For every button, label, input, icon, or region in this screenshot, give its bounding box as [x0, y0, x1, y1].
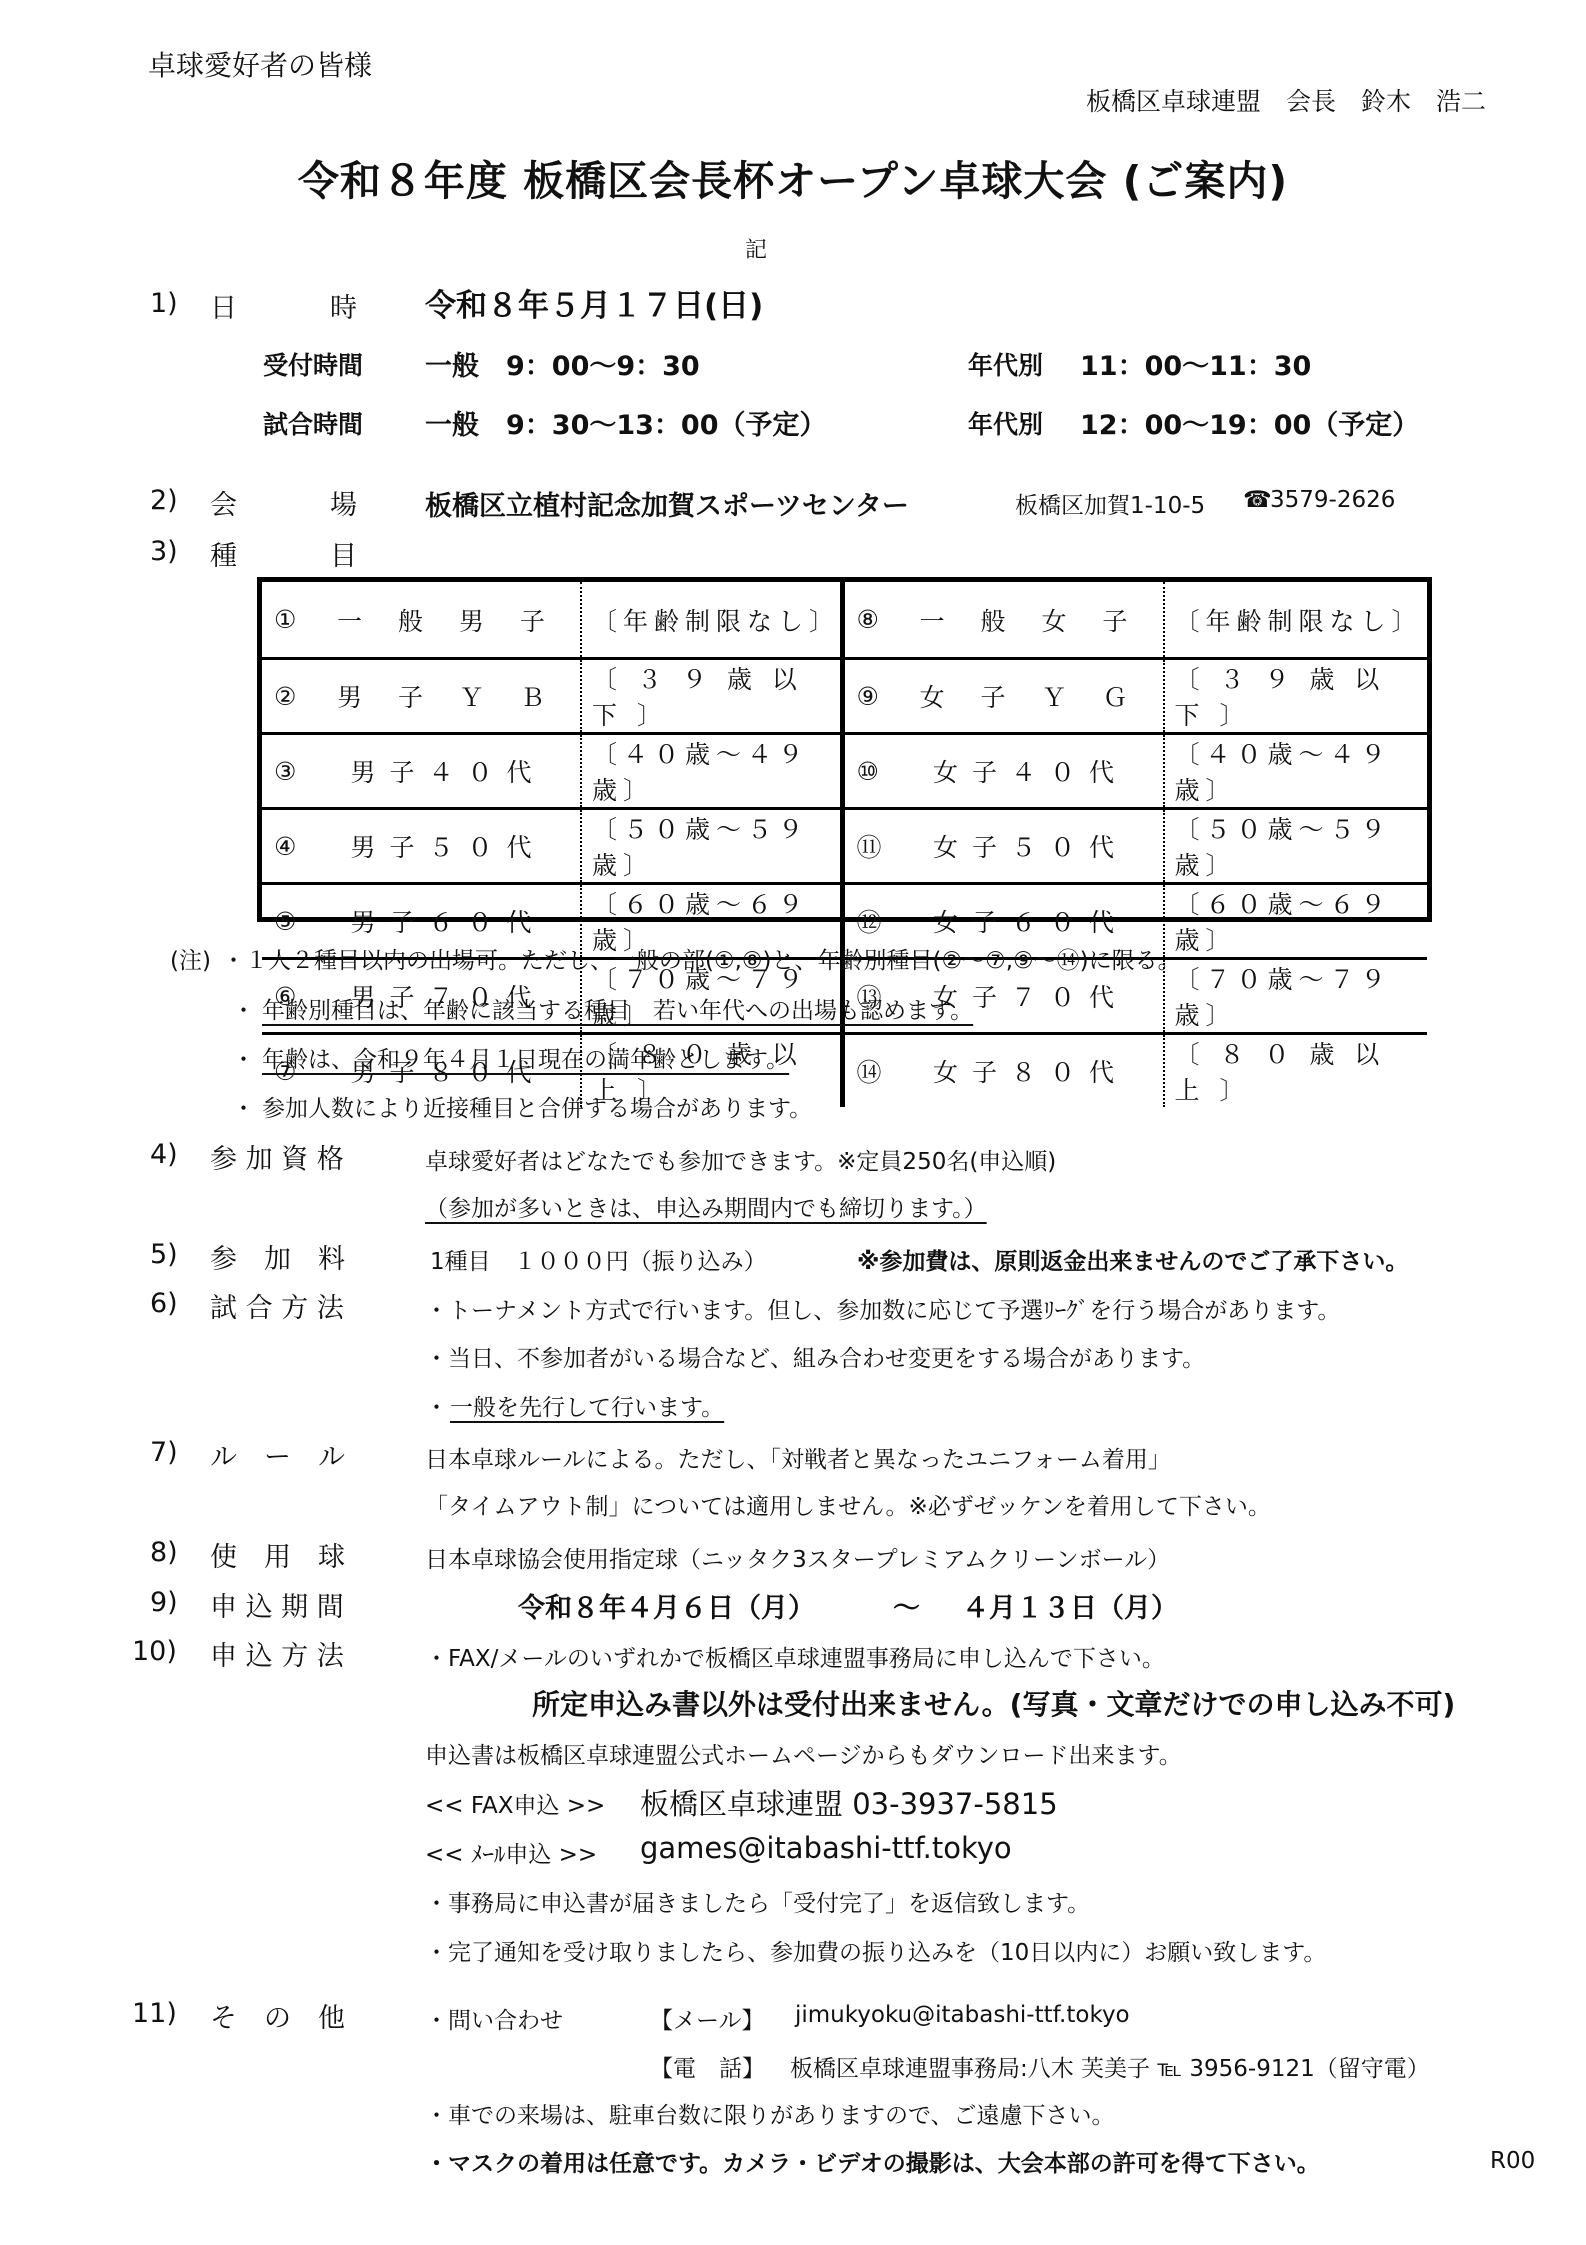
match-general: 一般 9：30～13：00（予定）: [425, 403, 827, 442]
period-start: 令和８年４月６日（月）: [518, 1586, 815, 1625]
event-age: 〔５０歳～５９歳〕: [1165, 810, 1428, 882]
event-age: 〔年齢制限なし〕: [1165, 582, 1428, 657]
event-number: ⑩: [857, 757, 905, 786]
event-number: ④: [274, 832, 322, 861]
parking-note: 車での来場は、駐車台数に限りがありますので、ご遠慮下さい。: [425, 2097, 1115, 2130]
fax-number: 板橋区卓球連盟 03-3937-5815: [640, 1782, 1058, 1823]
section-number: 7): [150, 1437, 178, 1468]
reception-age: 11：00～11：30: [1080, 344, 1311, 383]
event-name: 女 子 Ｙ Ｇ: [905, 678, 1163, 714]
section-number: 1): [150, 288, 178, 319]
ball-text: 日本卓球協会使用指定球（ニッタク3スタープレミアムクリーンボール）: [425, 1541, 1170, 1574]
table-row: ⑪女子５０代〔５０歳～５９歳〕: [845, 807, 1428, 882]
section-label: そ の 他: [210, 1996, 345, 2035]
fee-text: 1種目 １０００円（振り込み）: [430, 1243, 767, 1276]
note-bullet: ・: [232, 1090, 255, 1123]
application-bullet: 完了通知を受け取りましたら、参加費の振り込みを（10日以内に）お願い致します。: [425, 1934, 1326, 1967]
section-label: 日: [210, 286, 237, 325]
table-row: ⑧一 般 女 子〔年齢制限なし〕: [845, 582, 1428, 657]
application-method-text: FAX/メールのいずれかで板橋区卓球連盟事務局に申し込んで下さい。: [425, 1640, 1165, 1673]
note-item: 年齢は、令和９年４月１日現在の満年齢とします。: [262, 1041, 789, 1074]
inquiry-label: 問い合わせ: [425, 2002, 563, 2035]
revision-code: R00: [1490, 2148, 1535, 2174]
table-row: ④男子５０代〔５０歳～５９歳〕: [262, 807, 840, 882]
note-item: １人２種目以内の出場可。ただし、一般の部(①,⑧)と、年齢別種目(②～⑦,⑨～⑭…: [222, 942, 1181, 975]
table-row: ①一 般 男 子〔年齢制限なし〕: [262, 582, 840, 657]
event-age: 〔４０歳～４９歳〕: [1165, 735, 1428, 807]
reception-general: 一般 9：00～9：30: [425, 344, 700, 383]
eligibility-text: 卓球愛好者はどなたでも参加できます。※定員250名(申込順): [425, 1143, 1056, 1176]
section-label: 種: [210, 534, 237, 573]
match-method-item: 一般を先行して行います。: [450, 1389, 724, 1422]
event-name: 女子４０代: [905, 753, 1163, 789]
event-age: 〔 ３ ９ 歳 以 下 〕: [1165, 660, 1428, 732]
note-item: 参加人数により近接種目と合併する場合があります。: [262, 1090, 812, 1123]
inquiry-tel-label: 【電 話】: [650, 2050, 765, 2083]
fee-warning: ※参加費は、原則返金出来ませんのでご了承下さい。: [857, 1243, 1408, 1276]
sender: 板橋区卓球連盟 会長 鈴木 浩二: [1086, 82, 1486, 118]
section-label: 目: [330, 534, 357, 573]
section-label: 会: [210, 483, 237, 522]
notes-prefix: (注): [170, 942, 211, 975]
rules-text: 日本卓球ルールによる。ただし、「対戦者と異なったユニフォーム着用」: [425, 1441, 1171, 1474]
section-number: 4): [150, 1139, 178, 1170]
section-label: 場: [330, 483, 357, 522]
mask-note: マスクの着用は任意です。カメラ・ビデオの撮影は、大会本部の許可を得て下さい。: [425, 2145, 1320, 2178]
section-number: 6): [150, 1288, 178, 1319]
section-label: 使 用 球: [210, 1535, 345, 1574]
event-number: ⑪: [857, 828, 905, 864]
download-text: 申込書は板橋区卓球連盟公式ホームページからもダウンロード出来ます。: [425, 1737, 1182, 1770]
match-method-item: 当日、不参加者がいる場合など、組み合わせ変更をする場合があります。: [425, 1340, 1205, 1373]
venue-phone: 3579-2626: [1270, 487, 1395, 513]
reception-age-label: 年代別: [968, 346, 1043, 382]
event-age: 〔 ８ ０ 歳 以 上 〕: [1165, 1035, 1428, 1107]
note-bullet: ・: [232, 1041, 255, 1074]
event-age: 〔６０歳～６９歳〕: [1165, 885, 1428, 957]
section-label: 試 合 方 法: [210, 1286, 344, 1325]
section-number: 5): [150, 1239, 178, 1270]
rules-text: 「タイムアウト制」については適用しません。※必ずゼッケンを着用して下さい。: [425, 1488, 1271, 1521]
event-number: ⑤: [274, 907, 322, 936]
table-row: ③男子４０代〔４０歳～４９歳〕: [262, 732, 840, 807]
application-bullet: 事務局に申込書が届きましたら「受付完了」を返信致します。: [425, 1885, 1090, 1918]
mail-address[interactable]: games@itabashi-ttf.tokyo: [640, 1831, 1012, 1865]
section-number: 8): [150, 1537, 178, 1568]
phone-icon: ☎: [1243, 487, 1272, 513]
event-age: 〔 ３ ９ 歳 以 下 〕: [582, 660, 840, 732]
venue-name: 板橋区立植村記念加賀スポーツセンター: [425, 484, 909, 523]
table-row: ⑩女子４０代〔４０歳～４９歳〕: [845, 732, 1428, 807]
event-age: 〔７０歳～７９歳〕: [1165, 960, 1428, 1032]
event-number: ⑨: [857, 682, 905, 711]
period-end: ４月１３日（月）: [962, 1586, 1178, 1625]
period-separator: ～: [893, 1586, 920, 1625]
inquiry-mail-label: 【メール】: [650, 2002, 765, 2035]
match-label: 試合時間: [263, 405, 363, 441]
event-age: 〔年齢制限なし〕: [582, 582, 840, 657]
event-age: 〔４０歳～４９歳〕: [582, 735, 840, 807]
event-name: 男子６０代: [322, 903, 580, 939]
section-label: ル ー ル: [210, 1435, 345, 1474]
inquiry-mail[interactable]: jimukyoku@itabashi-ttf.tokyo: [795, 2002, 1130, 2028]
events-men: ①一 般 男 子〔年齢制限なし〕 ②男 子 Ｙ Ｂ〔 ３ ９ 歳 以 下 〕 ③…: [262, 582, 845, 1107]
note-bullet: ・: [232, 992, 255, 1025]
event-age: 〔５０歳～５９歳〕: [582, 810, 840, 882]
page-title: 令和８年度 板橋区会長杯オープン卓球大会 (ご案内): [0, 148, 1586, 207]
fax-label: << FAX申込 >>: [425, 1787, 605, 1820]
eligibility-note: （参加が多いときは、申込み期間内でも締切ります。）: [425, 1190, 987, 1223]
greeting: 卓球愛好者の皆様: [148, 44, 372, 84]
event-name: 一 般 女 子: [905, 602, 1163, 638]
inquiry-tel: 板橋区卓球連盟事務局:八木 芙美子 ℡ 3956-9121（留守電）: [790, 2050, 1430, 2083]
venue-address: 板橋区加賀1-10-5: [1015, 487, 1205, 520]
event-number: ⑭: [857, 1053, 905, 1089]
event-name: 女子８０代: [905, 1053, 1163, 1089]
event-number: ⑧: [857, 605, 905, 634]
event-name: 女子５０代: [905, 828, 1163, 864]
mail-label: << ﾒｰﾙ申込 >>: [425, 1836, 597, 1869]
section-label: 申 込 期 間: [210, 1585, 344, 1624]
table-row: ⑭女子８０代〔 ８ ０ 歳 以 上 〕: [845, 1032, 1428, 1107]
match-age: 12：00～19：00（予定）: [1080, 403, 1419, 442]
section-label: 参 加 資 格: [210, 1137, 344, 1176]
application-warning: 所定申込み書以外は受付出来ません。(写真・文章だけでの申し込み不可): [532, 1683, 1455, 1723]
ki-mark: 記: [0, 233, 1512, 264]
match-age-label: 年代別: [968, 405, 1043, 441]
section-number: 3): [150, 536, 178, 567]
section-number: 2): [150, 485, 178, 516]
section-label: 時: [330, 286, 357, 325]
event-number: ②: [274, 682, 322, 711]
match-method-item: トーナメント方式で行います。但し、参加数に応じて予選ﾘｰｸﾞを行う場合があります…: [425, 1292, 1340, 1325]
event-number: ③: [274, 757, 322, 786]
section-number: 11): [132, 1998, 177, 2029]
event-name: 女子６０代: [905, 903, 1163, 939]
section-label: 申 込 方 法: [210, 1634, 344, 1673]
event-name: 男子５０代: [322, 828, 580, 864]
event-date: 令和８年５月１７日(日): [425, 280, 763, 325]
event-name: 一 般 男 子: [322, 602, 580, 638]
table-row: ②男 子 Ｙ Ｂ〔 ３ ９ 歳 以 下 〕: [262, 657, 840, 732]
note-item: 年齢別種目は、年齢に該当する種目 若い年代への出場も認めます。: [262, 992, 973, 1025]
section-number: 9): [150, 1587, 178, 1618]
event-number: ⑫: [857, 903, 905, 939]
section-number: 10): [132, 1636, 177, 1667]
events-table: ①一 般 男 子〔年齢制限なし〕 ②男 子 Ｙ Ｂ〔 ３ ９ 歳 以 下 〕 ③…: [257, 577, 1432, 922]
events-women: ⑧一 般 女 子〔年齢制限なし〕 ⑨女 子 Ｙ Ｇ〔 ３ ９ 歳 以 下 〕 ⑩…: [845, 582, 1428, 1107]
table-row: ⑨女 子 Ｙ Ｇ〔 ３ ９ 歳 以 下 〕: [845, 657, 1428, 732]
event-name: 男子４０代: [322, 753, 580, 789]
section-label: 参 加 料: [210, 1237, 345, 1276]
event-number: ①: [274, 605, 322, 634]
reception-label: 受付時間: [263, 346, 363, 382]
bullet: ・: [425, 1389, 448, 1422]
event-name: 男 子 Ｙ Ｂ: [322, 678, 580, 714]
